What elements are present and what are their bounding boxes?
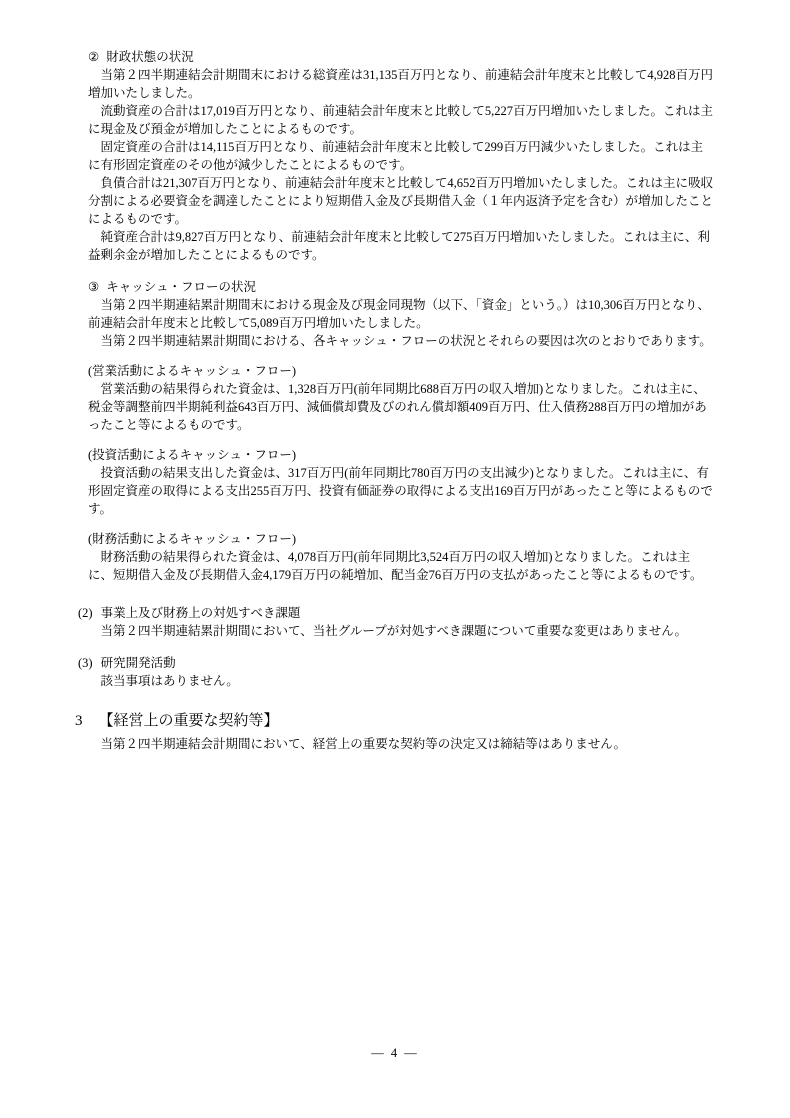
section-title: キャッシュ・フローの状況 <box>106 280 256 294</box>
item-heading: (2)事業上及び財務上の対処すべき課題 <box>78 604 715 622</box>
paragraph-cash-balance: 当第２四半期連結累計期間末における現金及び現金同現物（以下、「資金」という。）は… <box>88 296 715 332</box>
subsection-heading: (財務活動によるキャッシュ・フロー) <box>88 530 715 548</box>
section-cash-flow-heading: ③キャッシュ・フローの状況 <box>88 278 715 296</box>
paragraph-fixed-assets: 固定資産の合計は14,115百万円となり、前連結会計年度末と比較して299百万円… <box>88 138 715 174</box>
section-financial-position-heading: ②財政状態の状況 <box>88 48 715 66</box>
section-title: 財政状態の状況 <box>106 50 194 64</box>
item-business-issues: (2)事業上及び財務上の対処すべき課題 当第２四半期連結累計期間において、当社グ… <box>75 604 715 640</box>
paragraph-current-assets: 流動資産の合計は17,019百万円となり、前連結会計年度末と比較して5,227百… <box>88 102 715 138</box>
paragraph-total-assets: 当第２四半期連結会計期間末における総資産は31,135百万円となり、前連結会計年… <box>88 66 715 102</box>
item-heading: (3)研究開発活動 <box>78 654 715 672</box>
chapter-heading: 3【経営上の重要な契約等】 <box>75 710 715 732</box>
paragraph-net-assets: 純資産合計は9,827百万円となり、前連結会計年度末と比較して275百万円増加い… <box>88 228 715 264</box>
paragraph-liabilities: 負債合計は21,307百万円となり、前連結会計年度末と比較して4,652百万円増… <box>88 174 715 228</box>
subsection-investing-cash-flow: (投資活動によるキャッシュ・フロー) 投資活動の結果支出した資金は、317百万円… <box>75 446 715 518</box>
subsection-heading: (営業活動によるキャッシュ・フロー) <box>88 362 715 380</box>
chapter-number: 3 <box>75 713 83 729</box>
item-marker: (2) <box>78 606 93 620</box>
item-body: 該当事項はありません。 <box>88 672 715 690</box>
chapter-body: 当第２四半期連結会計期間において、経営上の重要な契約等の決定又は締結等はありませ… <box>88 735 715 753</box>
subsection-body: 営業活動の結果得られた資金は、1,328百万円(前年同期比688百万円の収入増加… <box>88 380 715 434</box>
section-marker: ③ <box>88 280 99 294</box>
chapter-title: 【経営上の重要な契約等】 <box>99 713 279 729</box>
page-number: ― 4 ― <box>0 1044 790 1062</box>
item-body: 当第２四半期連結累計期間において、当社グループが対処すべき課題について重要な変更… <box>88 622 715 640</box>
subsection-operating-cash-flow: (営業活動によるキャッシュ・フロー) 営業活動の結果得られた資金は、1,328百… <box>75 362 715 434</box>
item-title: 事業上及び財務上の対処すべき課題 <box>101 606 301 620</box>
section-financial-position: ②財政状態の状況 当第２四半期連結会計期間末における総資産は31,135百万円と… <box>75 48 715 264</box>
paragraph-cash-flow-intro: 当第２四半期連結累計期間における、各キャッシュ・フローの状況とそれらの要因は次の… <box>88 332 715 350</box>
chapter-important-contracts: 3【経営上の重要な契約等】 当第２四半期連結会計期間において、経営上の重要な契約… <box>75 710 715 753</box>
section-cash-flow: ③キャッシュ・フローの状況 当第２四半期連結累計期間末における現金及び現金同現物… <box>75 278 715 584</box>
subsection-heading: (投資活動によるキャッシュ・フロー) <box>88 446 715 464</box>
item-title: 研究開発活動 <box>101 656 176 670</box>
item-research-development: (3)研究開発活動 該当事項はありません。 <box>75 654 715 690</box>
section-marker: ② <box>88 50 99 64</box>
document-page: ②財政状態の状況 当第２四半期連結会計期間末における総資産は31,135百万円と… <box>0 0 790 1118</box>
subsection-body: 財務活動の結果得られた資金は、4,078百万円(前年同期比3,524百万円の収入… <box>88 548 715 584</box>
subsection-financing-cash-flow: (財務活動によるキャッシュ・フロー) 財務活動の結果得られた資金は、4,078百… <box>75 530 715 584</box>
item-marker: (3) <box>78 656 93 670</box>
subsection-body: 投資活動の結果支出した資金は、317百万円(前年同期比780百万円の支出減少)と… <box>88 464 715 518</box>
